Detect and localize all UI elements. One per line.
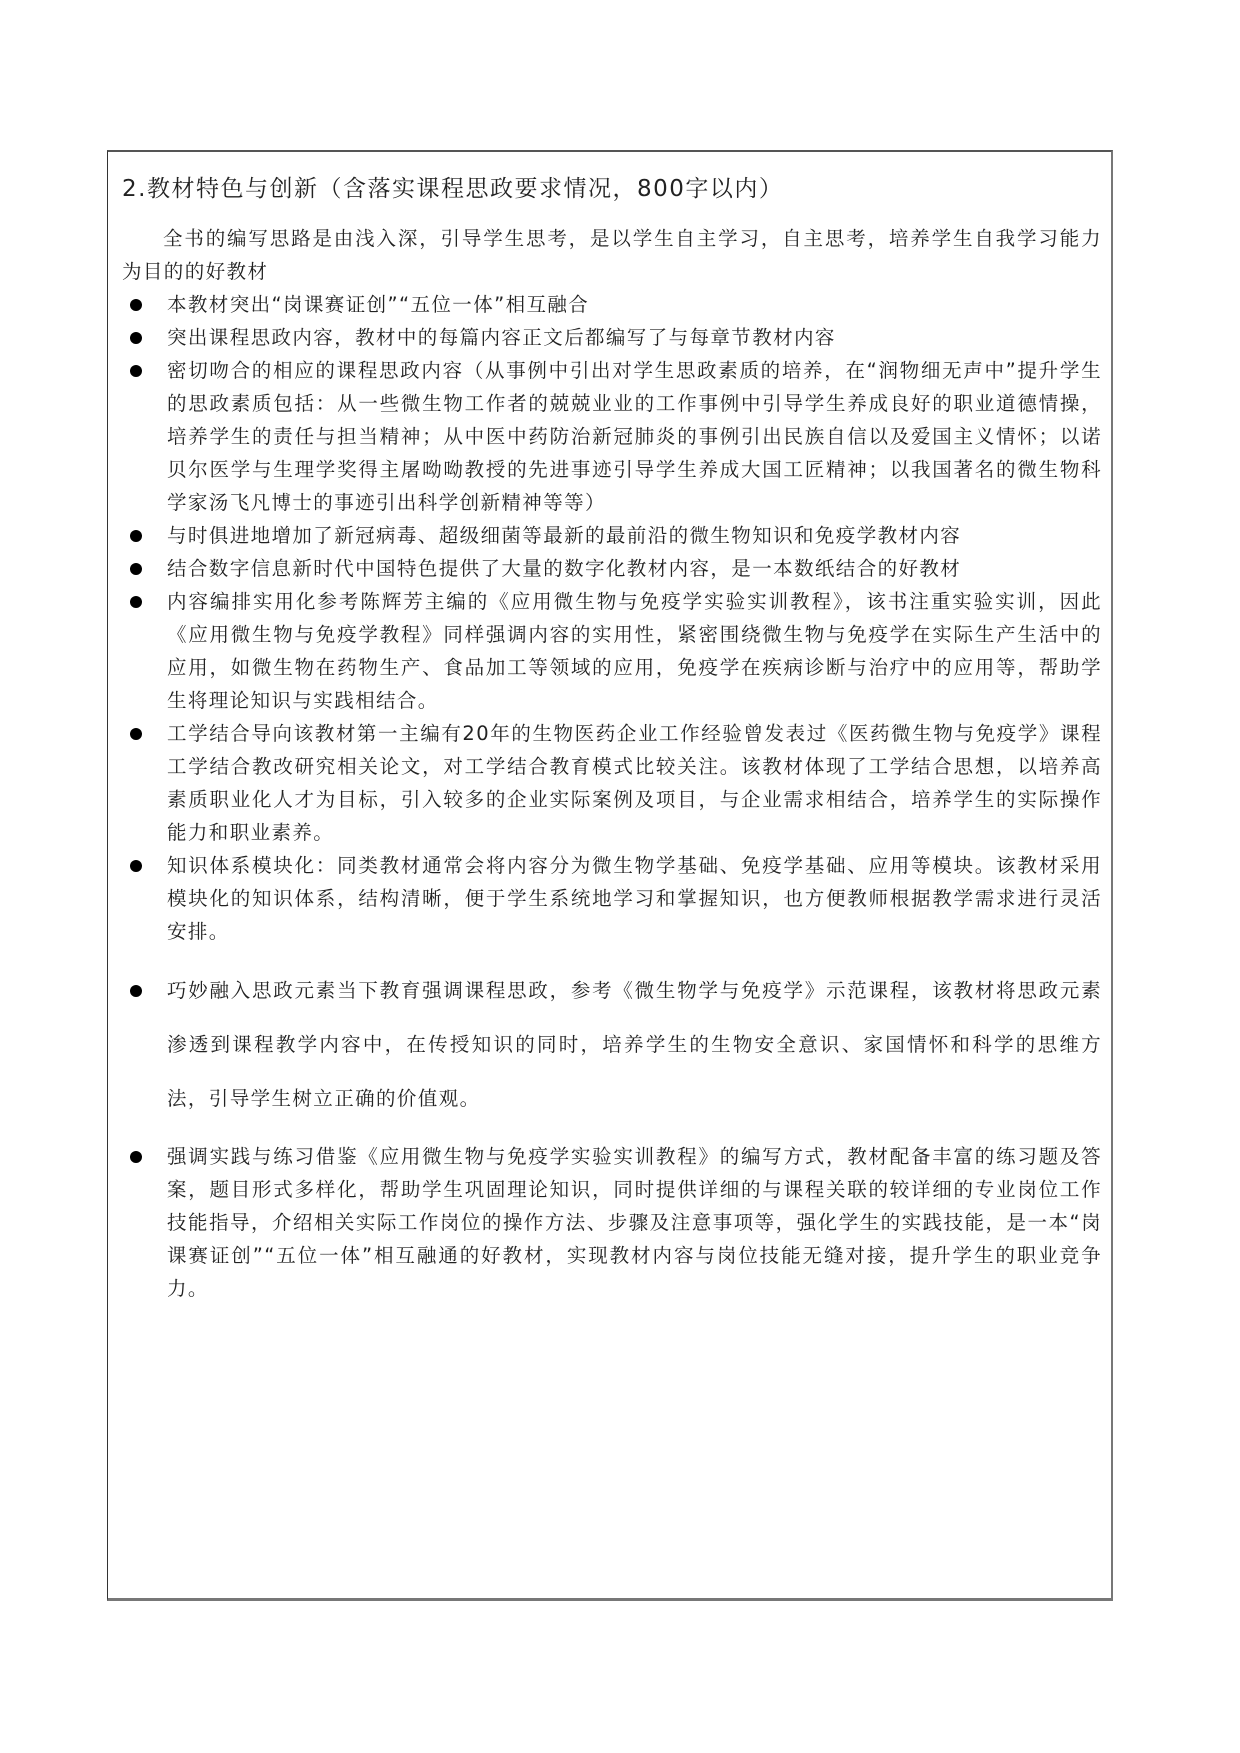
bullet-icon (130, 563, 142, 575)
bullet-icon (130, 728, 142, 740)
section-title: 2.教材特色与创新（含落实课程思政要求情况，800字以内） (122, 170, 783, 203)
bullet-icon (130, 860, 142, 872)
bullet-icon (130, 299, 142, 311)
bullet-icon (130, 985, 142, 997)
list-item-text: 巧妙融入思政元素当下教育强调课程思政，参考《微生物学与免疫学》示范课程，该教材将… (167, 979, 1102, 1110)
list-item: 内容编排实用化参考陈辉芳主编的《应用微生物与免疫学实验实训教程》，该书注重实验实… (122, 585, 1102, 717)
list-item: 强调实践与练习借鉴《应用微生物与免疫学实验实训教程》的编写方式，教材配备丰富的练… (122, 1140, 1102, 1305)
list-item: 工学结合导向该教材第一主编有20年的生物医药企业工作经验曾发表过《医药微生物与免… (122, 717, 1102, 849)
list-item: 结合数字信息新时代中国特色提供了大量的数字化教材内容，是一本数纸结合的好教材 (122, 552, 1102, 585)
list-item: 知识体系模块化：同类教材通常会将内容分为微生物学基础、免疫学基础、应用等模块。该… (122, 849, 1102, 948)
list-item: 巧妙融入思政元素当下教育强调课程思政，参考《微生物学与免疫学》示范课程，该教材将… (122, 964, 1102, 1126)
feature-list: 本教材突出“岗课赛证创”“五位一体”相互融合 突出课程思政内容，教材中的每篇内容… (122, 288, 1102, 1305)
list-item-text: 结合数字信息新时代中国特色提供了大量的数字化教材内容，是一本数纸结合的好教材 (167, 557, 961, 580)
bullet-icon (130, 1151, 142, 1163)
list-item-text: 与时俱进地增加了新冠病毒、超级细菌等最新的最前沿的微生物知识和免疫学教材内容 (167, 524, 961, 547)
list-item: 突出课程思政内容，教材中的每篇内容正文后都编写了与每章节教材内容 (122, 321, 1102, 354)
list-item-text: 突出课程思政内容，教材中的每篇内容正文后都编写了与每章节教材内容 (167, 326, 836, 349)
section-content: 全书的编写思路是由浅入深，引导学生思考，是以学生自主学习，自主思考，培养学生自我… (122, 222, 1102, 1305)
list-item-text: 密切吻合的相应的课程思政内容（从事例中引出对学生思政素质的培养，在“润物细无声中… (167, 359, 1102, 514)
form-section-box: 2.教材特色与创新（含落实课程思政要求情况，800字以内） 全书的编写思路是由浅… (107, 150, 1113, 1601)
bullet-icon (130, 365, 142, 377)
list-item-text: 知识体系模块化：同类教材通常会将内容分为微生物学基础、免疫学基础、应用等模块。该… (167, 854, 1102, 943)
list-item-text: 强调实践与练习借鉴《应用微生物与免疫学实验实训教程》的编写方式，教材配备丰富的练… (167, 1145, 1102, 1300)
bullet-icon (130, 332, 142, 344)
list-item-text: 工学结合导向该教材第一主编有20年的生物医药企业工作经验曾发表过《医药微生物与免… (167, 722, 1102, 844)
list-item: 密切吻合的相应的课程思政内容（从事例中引出对学生思政素质的培养，在“润物细无声中… (122, 354, 1102, 519)
list-item-text: 内容编排实用化参考陈辉芳主编的《应用微生物与免疫学实验实训教程》，该书注重实验实… (167, 590, 1102, 712)
intro-paragraph: 全书的编写思路是由浅入深，引导学生思考，是以学生自主学习，自主思考，培养学生自我… (122, 222, 1102, 288)
list-item: 本教材突出“岗课赛证创”“五位一体”相互融合 (122, 288, 1102, 321)
list-item: 与时俱进地增加了新冠病毒、超级细菌等最新的最前沿的微生物知识和免疫学教材内容 (122, 519, 1102, 552)
list-item-text: 本教材突出“岗课赛证创”“五位一体”相互融合 (167, 293, 589, 316)
bullet-icon (130, 530, 142, 542)
bullet-icon (130, 596, 142, 608)
